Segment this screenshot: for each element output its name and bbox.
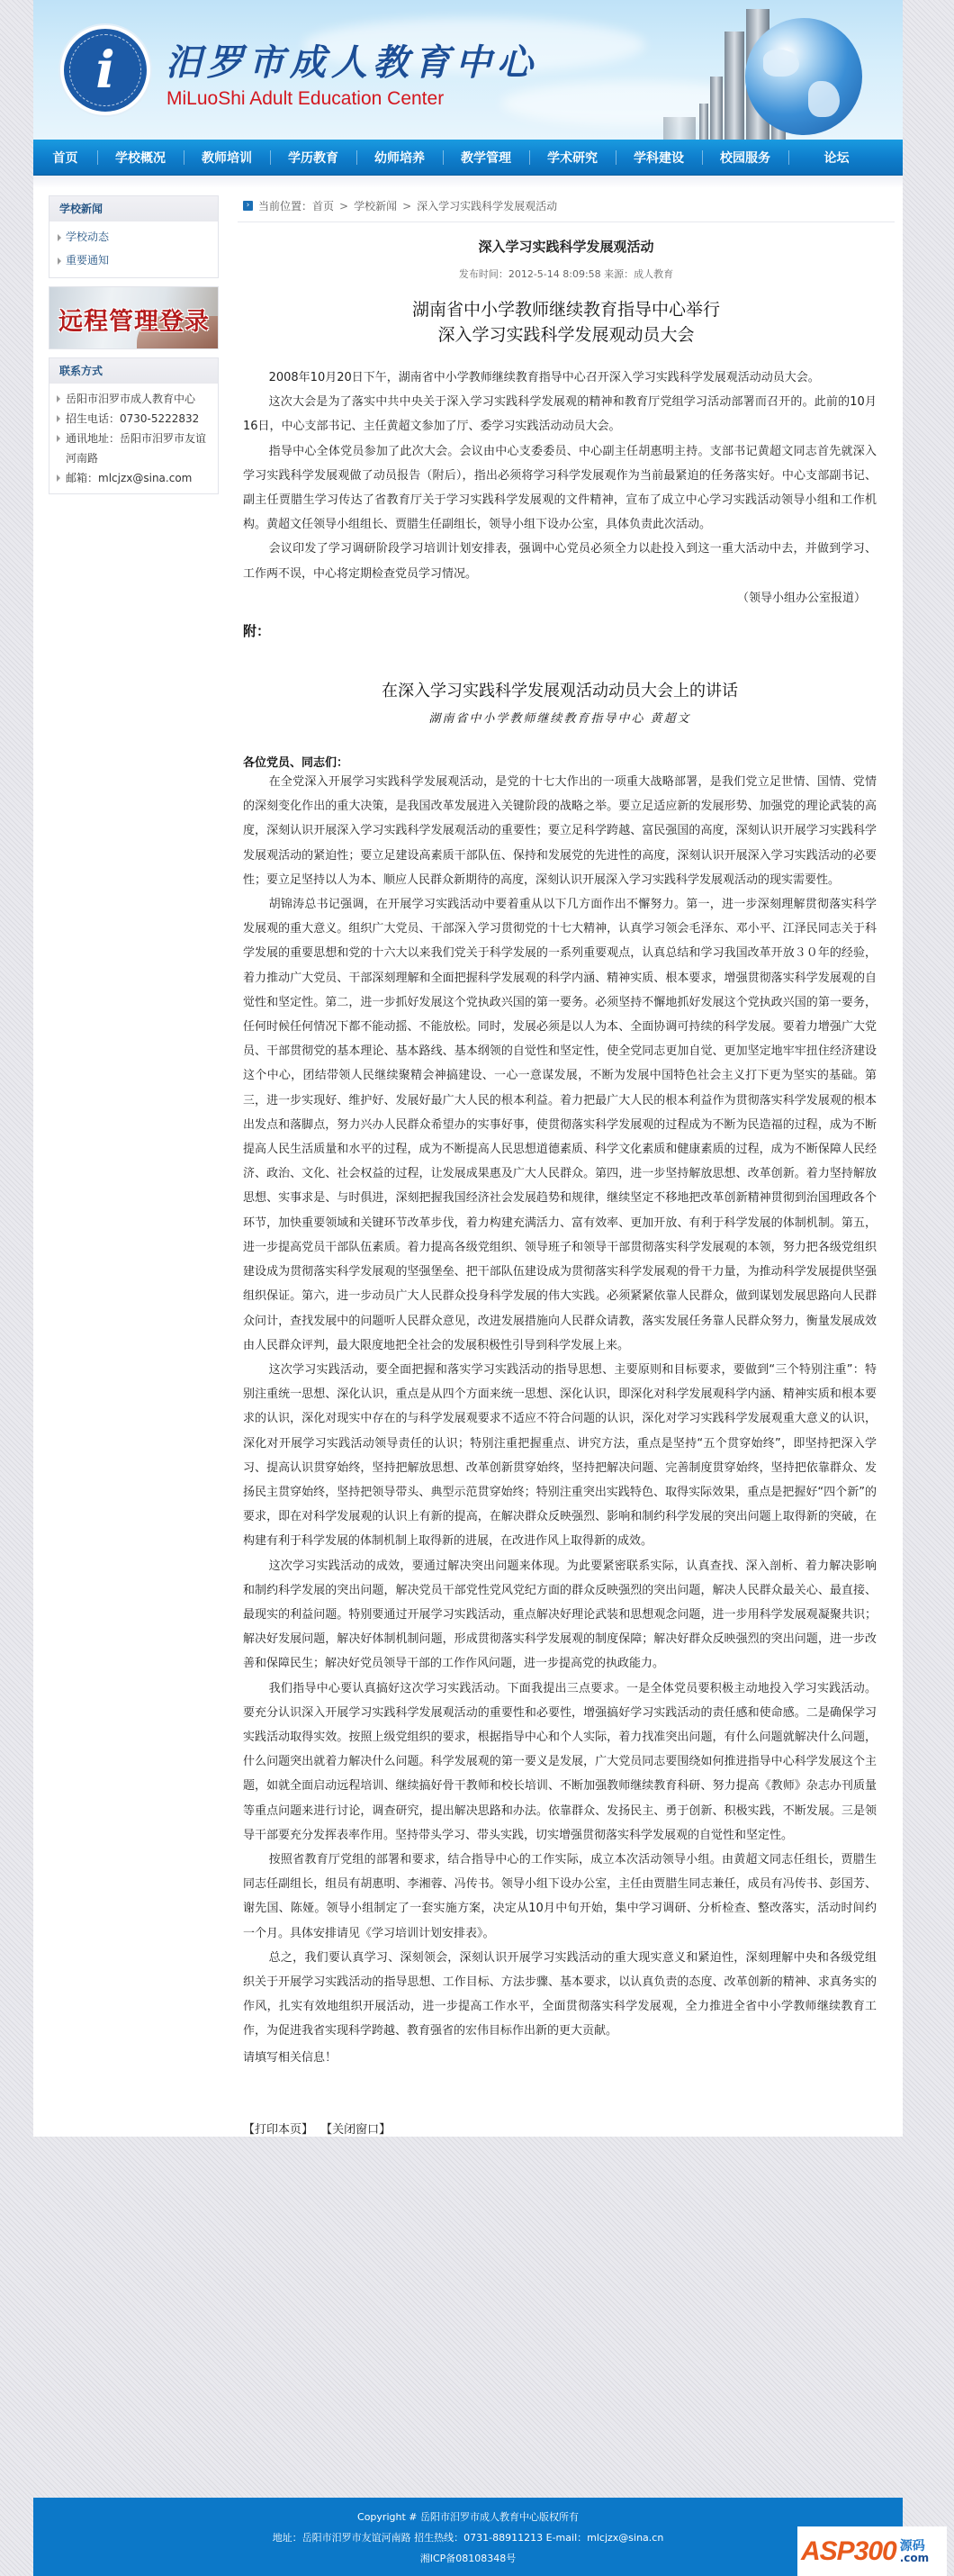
speech-paragraph: 这次学习实践活动的成效，要通过解决突出问题来体现。为此要紧密联系实际，认真查找、… <box>243 1554 877 1677</box>
breadcrumb-separator: > <box>339 195 348 217</box>
sidebar: 学校新闻 学校动态 重要通知 远程管理登录 联系方式 岳阳市汨罗市成人教育中心 … <box>49 195 219 2137</box>
nav-item-academic-research[interactable]: 学术研究 <box>529 140 616 176</box>
nav-item-campus-service[interactable]: 校园服务 <box>702 140 788 176</box>
breadcrumb-home[interactable]: 首页 <box>312 195 334 217</box>
nav-label: 教学管理 <box>461 149 511 167</box>
building-icon <box>699 104 708 140</box>
article-paragraph: 这次大会是为了落实中共中央关于深入学习实践科学发展观的精神和教育厅党组学习活动部… <box>243 390 877 438</box>
remote-login-banner[interactable]: 远程管理登录 <box>49 286 219 349</box>
article-paragraph: 会议印发了学习调研阶段学习培训计划安排表，强调中心党员必须全力以赴投入到这一重大… <box>243 537 877 585</box>
header-banner: i 汨罗市成人教育中心 MiLuoShi Adult Education Cen… <box>33 0 903 140</box>
chevron-right-icon: › <box>243 201 253 211</box>
headline-line-1: 湖南省中小学教师继续教育指导中心举行 <box>238 297 895 322</box>
triangle-bullet-icon <box>58 234 61 241</box>
speech-paragraph: 在全党深入开展学习实践科学发展观活动，是党的十七大作出的一项重大战略部署，是我们… <box>243 770 877 892</box>
close-window-link[interactable]: 【关闭窗口】 <box>320 2123 391 2137</box>
watermark-suffix-com: .com <box>900 2553 929 2563</box>
contact-text: 通讯地址：岳阳市汨罗市友谊河南路 <box>66 432 206 465</box>
article-meta: 发布时间：2012-5-14 8:09:58 来源：成人教育 <box>238 267 895 281</box>
triangle-bullet-icon <box>57 395 60 402</box>
contact-address: 通讯地址：岳阳市汨罗市友谊河南路 <box>49 429 214 468</box>
nav-label: 学术研究 <box>547 149 598 167</box>
appendix-label: 附： <box>243 621 877 640</box>
nav-label: 学历教育 <box>288 149 338 167</box>
headline-line-2: 深入学习实践科学发展观动员大会 <box>238 322 895 348</box>
watermark-suffix: 源码 .com <box>900 2540 929 2563</box>
breadcrumb-school-news[interactable]: 学校新闻 <box>354 195 397 217</box>
speech-paragraph: 我们指导中心要认真搞好这次学习实践活动。下面我提出三点要求。一是全体党员要积极主… <box>243 1677 877 1848</box>
footer-copyright: Copyright # 岳阳市汨罗市成人教育中心版权所有 <box>33 2507 903 2527</box>
nav-label: 教师培训 <box>202 149 252 167</box>
nav-label: 论坛 <box>824 149 850 167</box>
speech-paragraph: 总之，我们要认真学习、深刻领会，深刻认识开展学习实践活动的重大现实意义和紧迫性，… <box>243 1946 877 2044</box>
nav-item-school-overview[interactable]: 学校概况 <box>97 140 184 176</box>
speech-paragraph: 胡锦涛总书记强调，在开展学习实践活动中要着重从以下几方面作出不懈努力。第一，进一… <box>243 892 877 1358</box>
sidebar-item-school-dynamics[interactable]: 学校动态 <box>49 225 218 249</box>
sidebar-item-label: 重要通知 <box>66 254 109 267</box>
speech-byline: 湖南省中小学教师继续教育指导中心 黄超文 <box>243 709 877 726</box>
remote-login-text: 远程管理登录 <box>58 302 210 337</box>
logo-ring <box>69 34 141 106</box>
sidebar-item-important-notice[interactable]: 重要通知 <box>49 249 218 272</box>
speech-paragraph: 按照省教育厅党组的部署和要求，结合指导中心的工作实际，成立本次活动领导小组。由黄… <box>243 1848 877 1946</box>
contact-email: 邮箱：mlcjzx@sina.com <box>49 468 214 488</box>
article-paragraph: 2008年10月20日下午，湖南省中小学教师继续教育指导中心召开深入学习实践科学… <box>243 366 877 390</box>
nav-item-teaching-management[interactable]: 教学管理 <box>443 140 529 176</box>
contact-text: 岳阳市汨罗市成人教育中心 <box>66 393 195 405</box>
nav-label: 校园服务 <box>720 149 770 167</box>
footer-icp[interactable]: 湘ICP备08108348号 <box>33 2548 903 2569</box>
nav-label: 首页 <box>53 149 78 167</box>
contact-box: 联系方式 岳阳市汨罗市成人教育中心 招生电话：0730-5222832 通讯地址… <box>49 357 219 494</box>
footer-address: 地址：岳阳市汨罗市友谊河南路 招生热线：0731-88911213 E-mail… <box>33 2527 903 2548</box>
main-nav: 首页 学校概况 教师培训 学历教育 幼师培养 教学管理 学术研究 学科建设 校园… <box>33 140 903 176</box>
nav-item-preschool-teacher[interactable]: 幼师培养 <box>356 140 443 176</box>
triangle-bullet-icon <box>58 258 61 265</box>
building-icon <box>710 77 723 140</box>
site-title-cn: 汨罗市成人教育中心 <box>166 34 538 86</box>
triangle-bullet-icon <box>57 475 60 482</box>
watermark-brand: ASP300 <box>801 2536 896 2567</box>
nav-label: 幼师培养 <box>374 149 425 167</box>
site-title-en: MiLuoShi Adult Education Center <box>166 88 444 110</box>
asp300-watermark-logo: ASP300 源码 .com <box>797 2526 947 2576</box>
contact-text: 招生电话：0730-5222832 <box>66 412 199 425</box>
sidebar-item-label: 学校动态 <box>66 230 109 243</box>
nav-label: 学科建设 <box>634 149 684 167</box>
contact-org: 岳阳市汨罗市成人教育中心 <box>49 389 214 409</box>
article-body: 2008年10月20日下午，湖南省中小学教师继续教育指导中心召开深入学习实践科学… <box>238 366 895 2137</box>
nav-item-forum[interactable]: 论坛 <box>788 140 885 176</box>
watermark-suffix-cn: 源码 <box>900 2540 929 2553</box>
school-logo[interactable]: i <box>60 25 150 115</box>
article-signature: （领导小组办公室报道） <box>243 586 877 610</box>
globe-land <box>808 81 840 117</box>
print-page-link[interactable]: 【打印本页】 <box>243 2123 313 2137</box>
contact-list: 岳阳市汨罗市成人教育中心 招生电话：0730-5222832 通讯地址：岳阳市汨… <box>49 384 218 493</box>
page-container: i 汨罗市成人教育中心 MiLuoShi Adult Education Cen… <box>33 0 903 2137</box>
speech-paragraph: 这次学习实践活动，要全面把握和落实学习实践活动的指导思想、主要原则和目标要求，要… <box>243 1358 877 1554</box>
nav-item-teacher-training[interactable]: 教师培训 <box>184 140 270 176</box>
body-area: 学校新闻 学校动态 重要通知 远程管理登录 联系方式 岳阳市汨罗市成人教育中心 … <box>33 188 903 2137</box>
breadcrumb-separator: > <box>402 195 411 217</box>
triangle-bullet-icon <box>57 415 60 422</box>
article-actions: 【打印本页】 【关闭窗口】 <box>243 2120 877 2137</box>
speech-greeting: 各位党员、同志们： <box>243 753 877 770</box>
fill-info-note: 请填写相关信息！ <box>243 2046 877 2070</box>
school-news-title: 学校新闻 <box>49 196 218 221</box>
speech-title: 在深入学习实践科学发展观活动动员大会上的讲话 <box>243 678 877 701</box>
main-content: › 当前位置： 首页 > 学校新闻 > 深入学习实践科学发展观活动 深入学习实践… <box>238 195 895 2137</box>
globe-icon <box>745 18 862 135</box>
footer: Copyright # 岳阳市汨罗市成人教育中心版权所有 地址：岳阳市汨罗市友谊… <box>33 2498 903 2576</box>
contact-text: 邮箱：mlcjzx@sina.com <box>66 472 192 484</box>
article-title: 深入学习实践科学发展观活动 <box>238 237 895 256</box>
contact-phone: 招生电话：0730-5222832 <box>49 409 214 429</box>
building-icon <box>724 32 744 140</box>
breadcrumb-prefix: 当前位置： <box>258 195 312 217</box>
building-icon <box>663 117 696 140</box>
breadcrumb: › 当前位置： 首页 > 学校新闻 > 深入学习实践科学发展观活动 <box>238 195 895 222</box>
nav-label: 学校概况 <box>115 149 166 167</box>
globe-land <box>763 50 799 77</box>
nav-item-discipline-building[interactable]: 学科建设 <box>616 140 702 176</box>
nav-shadow <box>33 176 903 188</box>
article-paragraph: 指导中心全体党员参加了此次大会。会议由中心支委委员、中心副主任胡惠明主持。支部书… <box>243 439 877 538</box>
school-news-list: 学校动态 重要通知 <box>49 221 218 277</box>
breadcrumb-current: 深入学习实践科学发展观活动 <box>417 195 557 217</box>
article-headline: 湖南省中小学教师继续教育指导中心举行 深入学习实践科学发展观动员大会 <box>238 297 895 348</box>
nav-item-degree-education[interactable]: 学历教育 <box>270 140 356 176</box>
school-news-box: 学校新闻 学校动态 重要通知 <box>49 195 219 278</box>
nav-item-home[interactable]: 首页 <box>33 140 97 176</box>
triangle-bullet-icon <box>57 435 60 442</box>
contact-title: 联系方式 <box>49 358 218 384</box>
